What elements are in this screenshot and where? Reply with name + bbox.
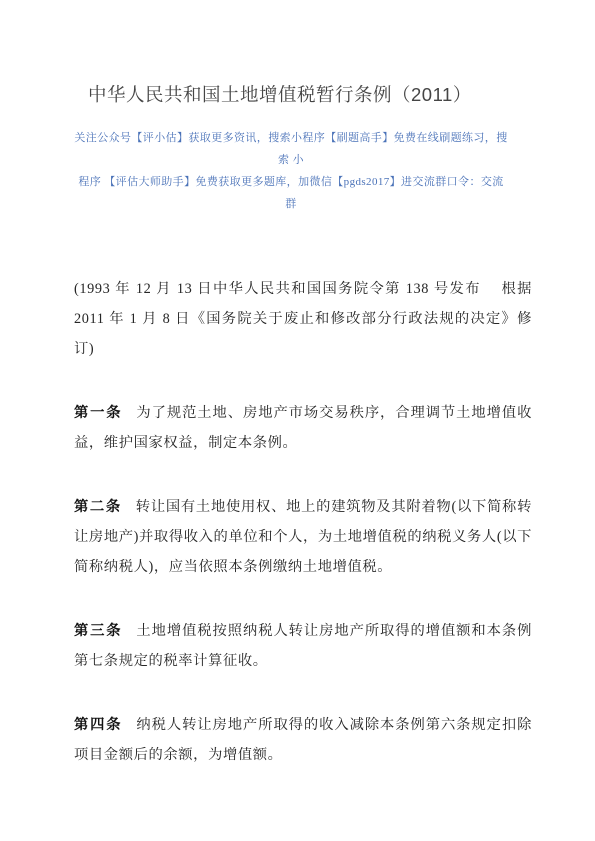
- document-page: 中华人民共和国土地增值税暂行条例（2011） 关注公众号【评小估】获取更多资讯，…: [0, 0, 595, 841]
- article-3: 第三条土地增值税按照纳税人转让房地产所取得的增值额和本条例第七条规定的税率计算征…: [74, 616, 532, 676]
- article-3-label: 第三条: [74, 623, 122, 639]
- article-4-text: 纳税人转让房地产所取得的收入减除本条例第六条规定扣除项目金额后的余额，为增值额。: [74, 717, 532, 763]
- article-1: 第一条为了规范土地、房地产市场交易秩序，合理调节土地增值收益，维护国家权益，制定…: [74, 398, 532, 458]
- revision-note: (1993 年 12 月 13 日中华人民共和国国务院令第 138 号发布 根据…: [74, 274, 532, 364]
- promo-line-1: 关注公众号【评小估】获取更多资讯，搜索小程序【刷题高手】免费在线刷题练习，搜索 …: [74, 127, 508, 171]
- article-3-text: 土地增值税按照纳税人转让房地产所取得的增值额和本条例第七条规定的税率计算征收。: [74, 623, 532, 669]
- article-1-text: 为了规范土地、房地产市场交易秩序，合理调节土地增值收益，维护国家权益，制定本条例…: [74, 405, 532, 451]
- article-2-text: 转让国有土地使用权、地上的建筑物及其附着物(以下简称转让房地产)并取得收入的单位…: [74, 499, 532, 575]
- article-4-label: 第四条: [74, 717, 122, 733]
- document-title: 中华人民共和国土地增值税暂行条例（2011）: [88, 81, 535, 109]
- article-2-label: 第二条: [74, 499, 122, 515]
- article-2: 第二条转让国有土地使用权、地上的建筑物及其附着物(以下简称转让房地产)并取得收入…: [74, 492, 532, 582]
- article-1-label: 第一条: [74, 405, 122, 421]
- promo-note: 关注公众号【评小估】获取更多资讯，搜索小程序【刷题高手】免费在线刷题练习，搜索 …: [74, 127, 508, 215]
- promo-line-2: 程序 【评估大师助手】免费获取更多题库，加微信【pgds2017】进交流群口令：…: [74, 171, 508, 215]
- article-4: 第四条纳税人转让房地产所取得的收入减除本条例第六条规定扣除项目金额后的余额，为增…: [74, 710, 532, 770]
